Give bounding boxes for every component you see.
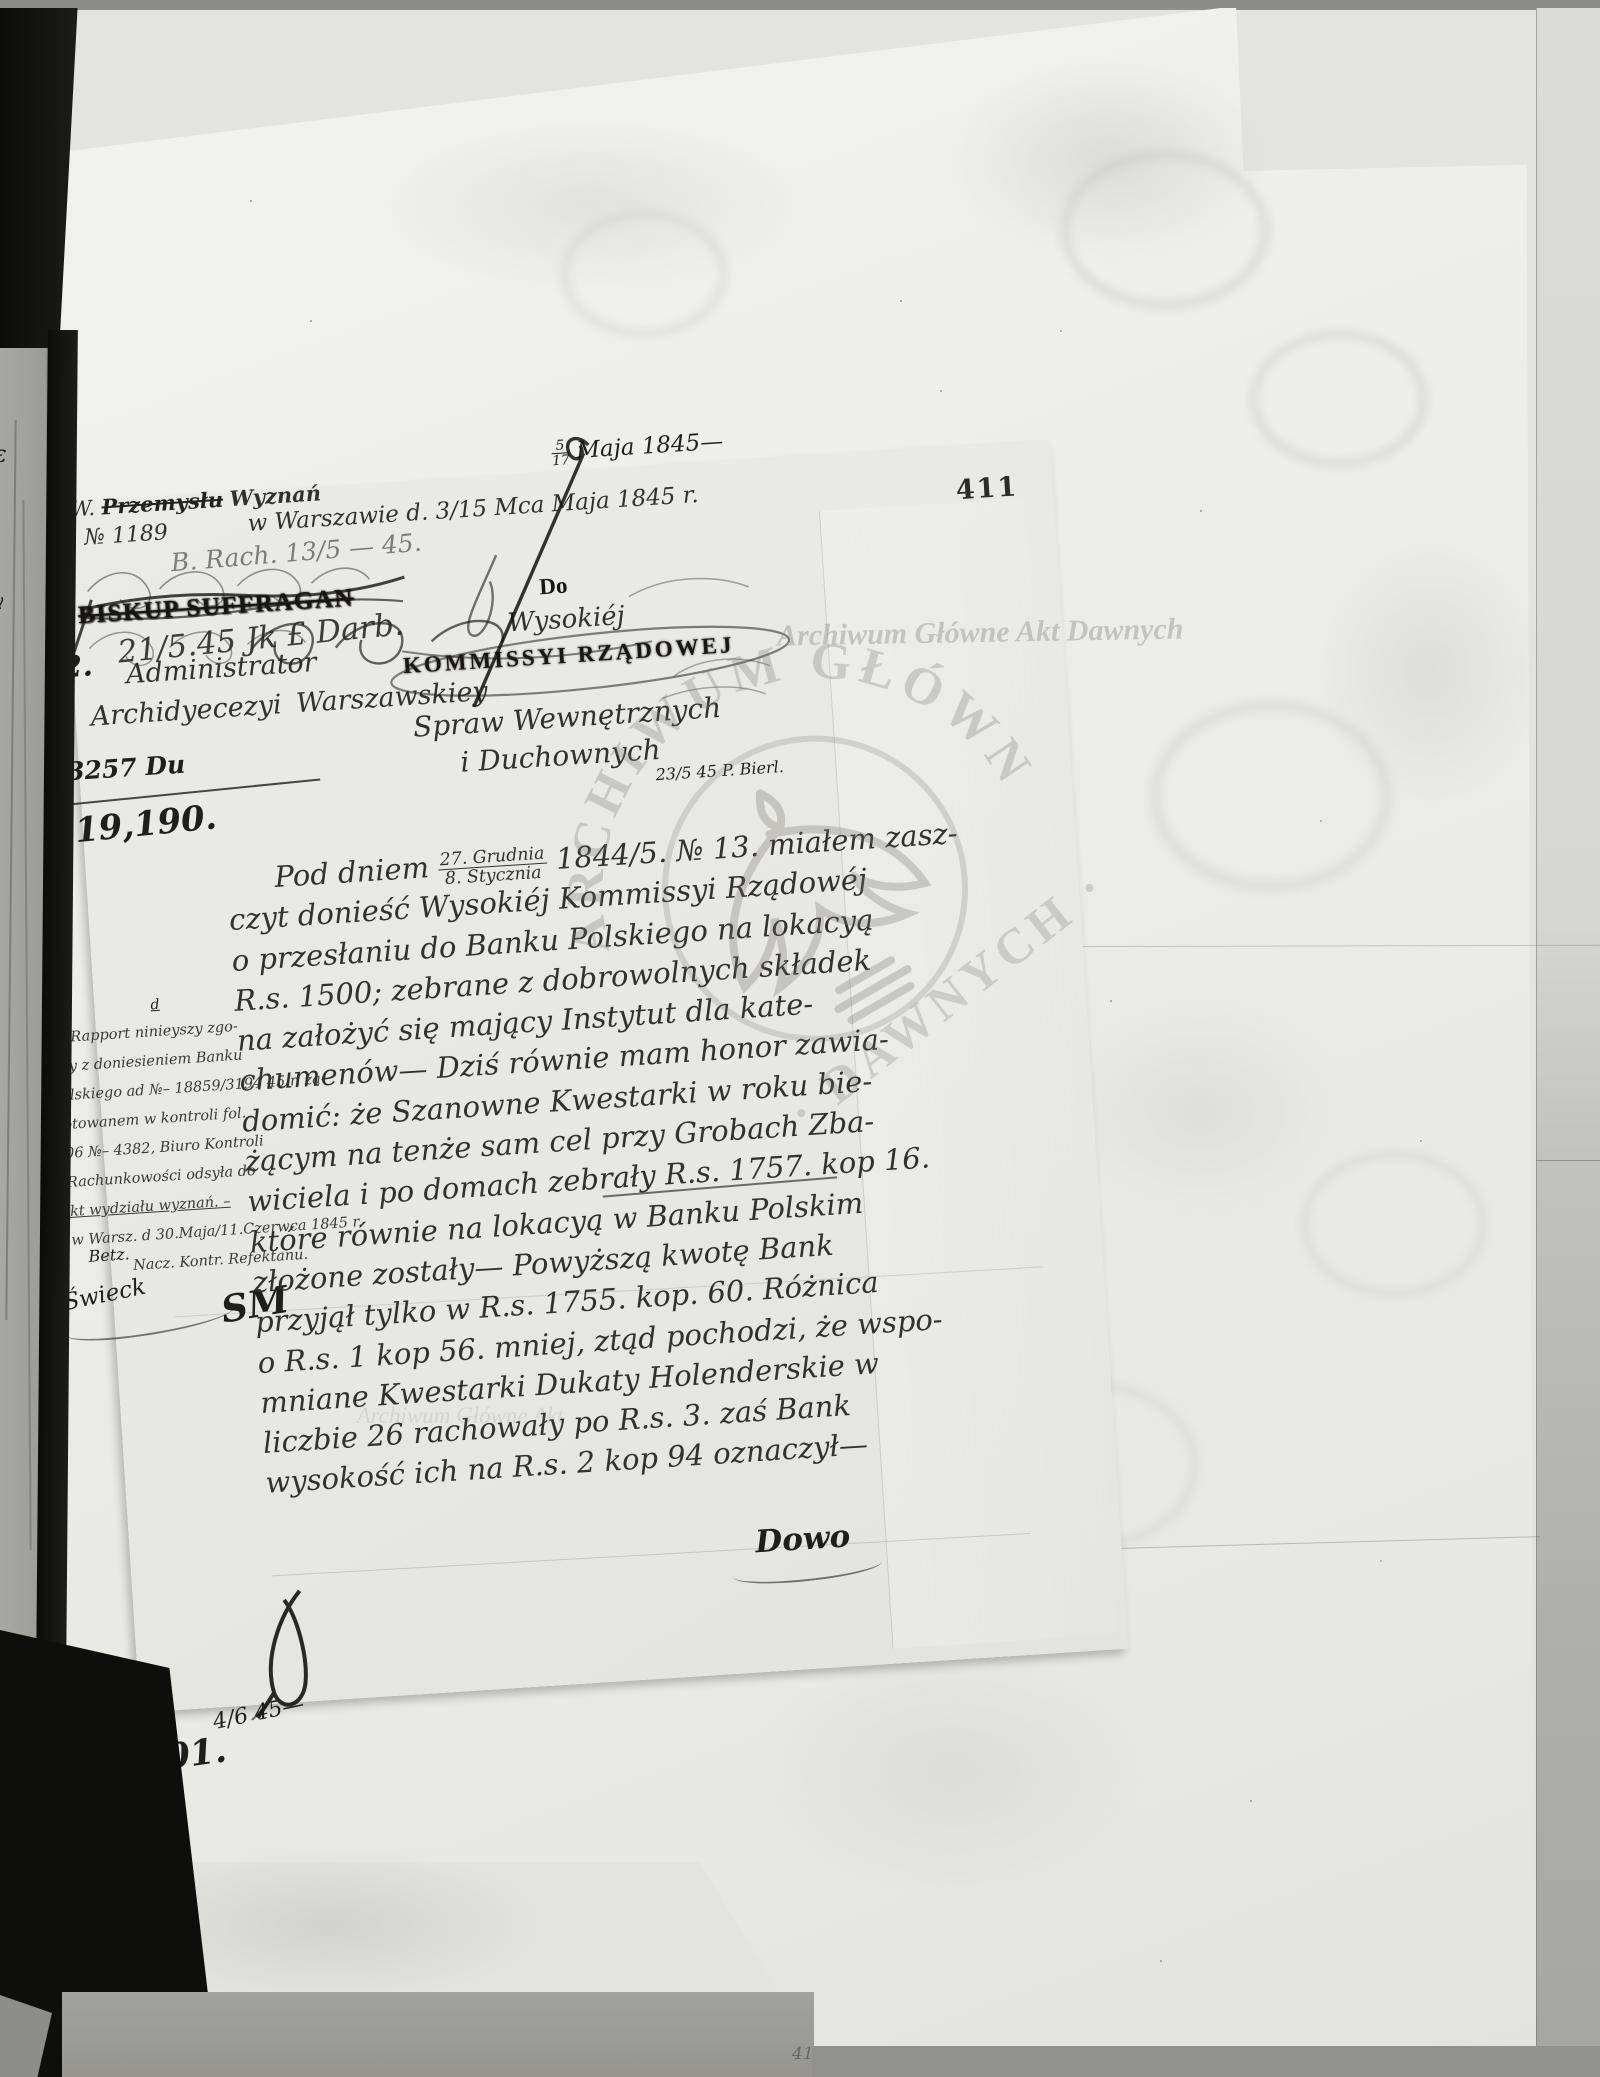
dust-speck xyxy=(250,200,252,202)
folio-number: 411 xyxy=(955,471,1019,506)
margin-d-mark: d xyxy=(150,997,160,1014)
right-page-edge xyxy=(1536,0,1600,2077)
margin-betz-signature: Betz. xyxy=(88,1244,130,1266)
top-margin-band xyxy=(0,0,1600,8)
left-edge-ink-fragment: ε xyxy=(0,440,7,468)
bottom-page-strip xyxy=(62,1992,814,2077)
body-opening: Pod dniem xyxy=(273,850,430,894)
bottom-corner-mark: 41 xyxy=(792,2044,814,2064)
faint-watermark-text: Archiwum Główne Akt xyxy=(357,1403,564,1429)
bottom-page-strip xyxy=(812,2046,1600,2077)
dust-speck xyxy=(900,300,902,302)
archival-scan-page: { "archive": { "watermark_text": "Archiw… xyxy=(0,0,1600,2077)
left-edge-ink-fragment: ≀ xyxy=(0,592,3,614)
